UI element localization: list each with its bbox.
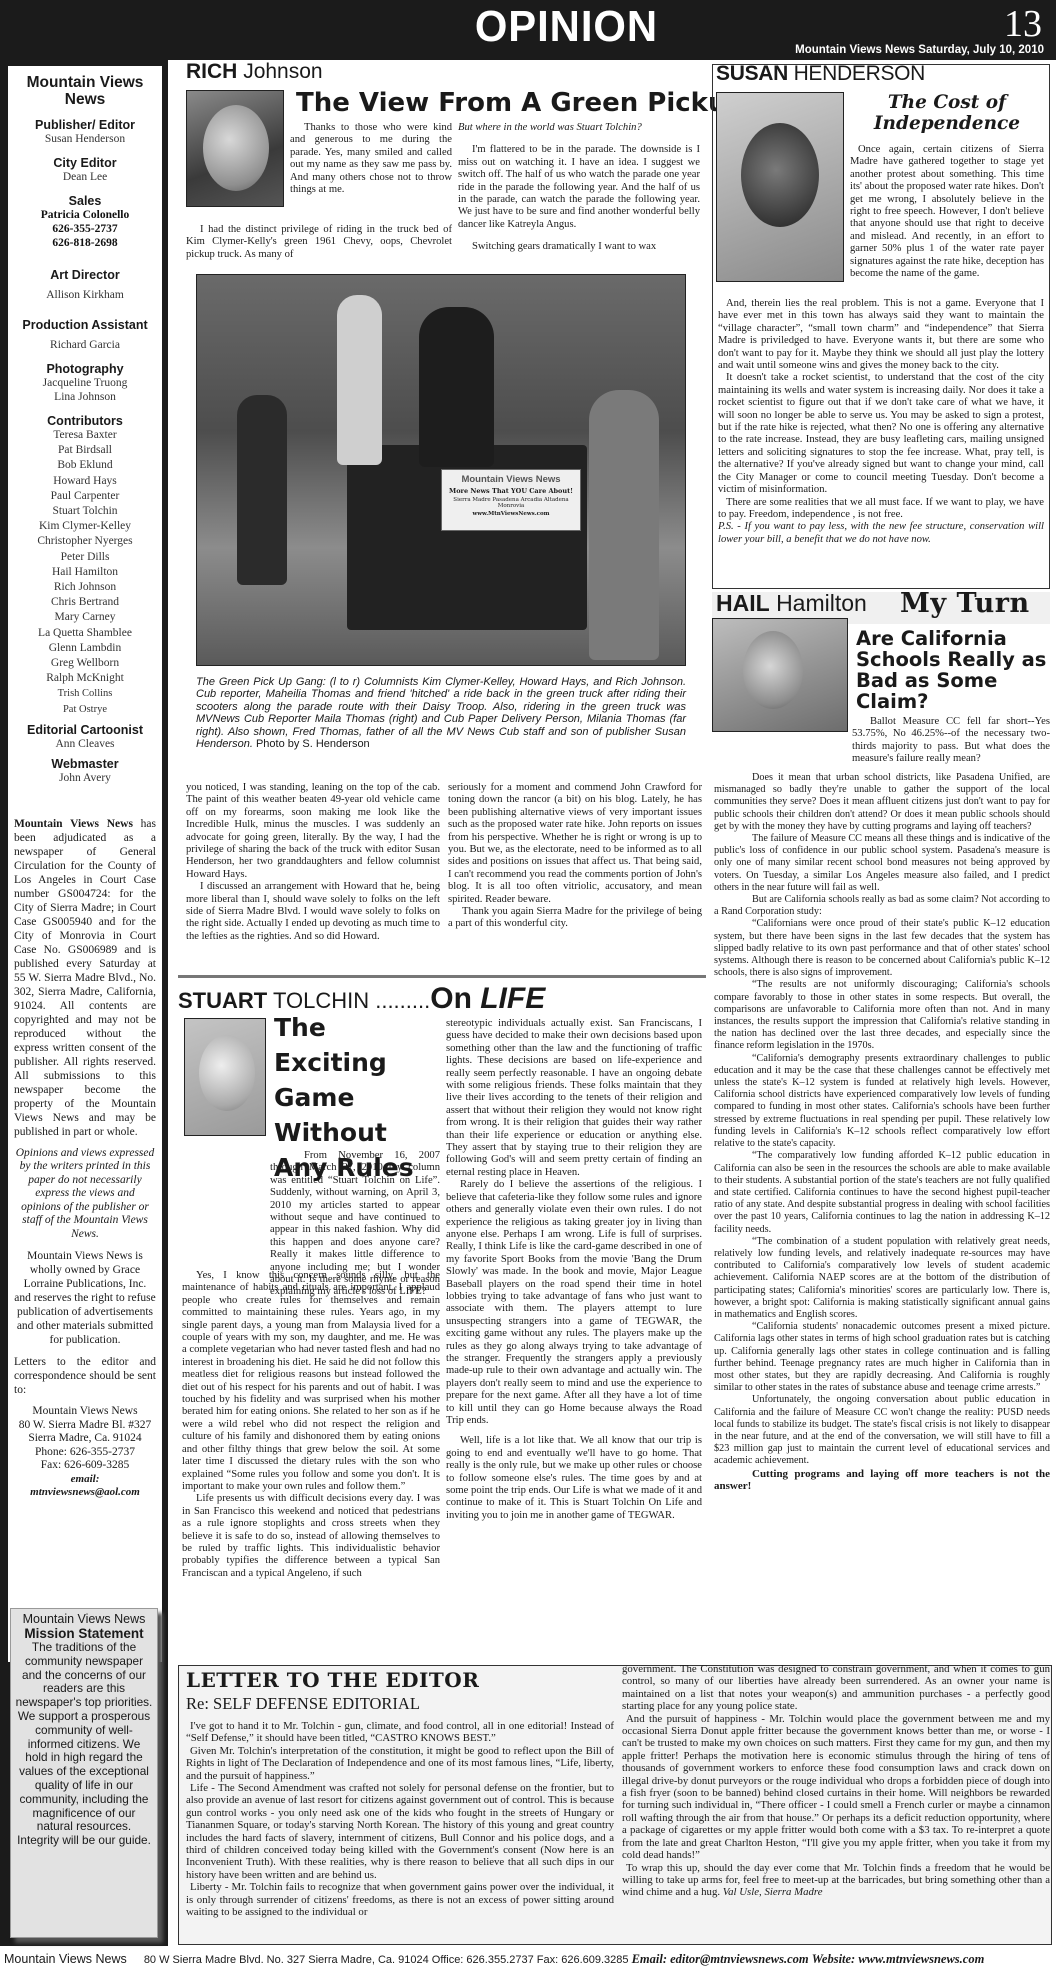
contributor: Bob Eklund — [14, 458, 156, 473]
headline-green-pickup: The View From A Green Pickup — [296, 88, 745, 118]
paragraph: “The results are not uniformly discourag… — [714, 979, 1050, 1052]
paragraph: Liberty - Mr. Tolchin fails to recognize… — [186, 1881, 614, 1918]
paragraph: “California students' nonacademic outcom… — [714, 1321, 1050, 1394]
person-silhouette — [419, 307, 494, 467]
contributor: Trish Collins — [14, 686, 156, 701]
contributor: Christopher Nyerges — [14, 534, 156, 549]
byline-hail-hamilton: HAIL Hamilton — [716, 590, 867, 617]
staff-name: Ann Cleaves — [14, 737, 156, 751]
staff-role: Publisher/ Editor — [14, 118, 156, 132]
staff-name: Allison Kirkham — [14, 288, 156, 302]
person-silhouette — [589, 390, 659, 660]
email-label: email: — [14, 1473, 156, 1487]
postscript: P.S. - If you want to pay less, with the… — [718, 521, 1044, 546]
paragraph: Thank you again Sierra Madre for the pri… — [448, 906, 702, 931]
letter-signature: Val Usle, Sierra Madre — [723, 1886, 823, 1898]
contributor: Rich Johnson — [14, 580, 156, 595]
face-icon — [203, 105, 269, 191]
byline-last: Johnson — [243, 60, 322, 83]
staff-name: Susan Henderson — [14, 132, 156, 146]
staff-name: John Avery — [14, 771, 156, 785]
paragraph: But are California schools really as bad… — [714, 894, 1050, 918]
article-text: stereotypic individuals actually exist. … — [446, 1018, 702, 1522]
contributor: Ralph McKnight — [14, 671, 156, 686]
staff-role: Production Assistant — [14, 318, 156, 332]
hail-hamilton-headshot — [712, 618, 848, 732]
contact-address: 80 W. Sierra Madre Bl. #327 — [14, 1419, 156, 1433]
contributor: Kim Clymer-Kelley — [14, 519, 156, 534]
mission-paper-name: Mountain Views News — [15, 1612, 153, 1626]
byline-first: RICH — [186, 60, 237, 83]
staff-name: Dean Lee — [14, 170, 156, 184]
paragraph: I'm flattered to be in the parade. The d… — [458, 144, 700, 231]
contact-email[interactable]: mtnviewsnews@aol.com — [14, 1486, 156, 1500]
contact-city: Sierra Madre, Ca. 91024 — [14, 1432, 156, 1446]
person-silhouette — [237, 395, 287, 585]
legal-lead: Mountain Views News — [14, 818, 133, 830]
paragraph: Switching gears dramatically I want to w… — [458, 241, 700, 253]
page-number: 13 — [1004, 2, 1042, 46]
section-divider — [178, 975, 706, 978]
paragraph: Unfortunately, the ongoing conversation … — [714, 1394, 1050, 1467]
italic-aside: But where in the world was Stuart Tolchi… — [458, 122, 700, 134]
contributor: Howard Hays — [14, 474, 156, 489]
article-text: But where in the world was Stuart Tolchi… — [458, 122, 700, 254]
byline-last: HENDERSON — [794, 62, 925, 85]
staff-name: Richard Garcia — [14, 338, 156, 352]
paragraph: Does it mean that urban school districts… — [714, 772, 1050, 833]
staff-role: Art Director — [14, 268, 156, 282]
staff-name: Jacqueline Truong — [14, 376, 156, 390]
paragraph: “The combination of a student population… — [714, 1236, 1050, 1321]
contributor: Pat Ostrye — [14, 702, 156, 717]
contributor: Mary Carney — [14, 610, 156, 625]
byline-first: STUART — [178, 988, 267, 1013]
person-silhouette — [337, 295, 382, 465]
stuart-tolchin-headshot — [184, 1018, 266, 1136]
headline-california-schools: Are California Schools Really as Bad as … — [856, 628, 1052, 712]
staff-role: Photography — [14, 362, 156, 376]
paragraph: And the pursuit of happiness - Mr. Tolch… — [622, 1713, 1050, 1862]
paragraph: Once again, certain citizens of Sierra M… — [850, 144, 1044, 280]
paragraph: The failure of Measure CC means all thes… — [714, 833, 1050, 894]
contributor: Glenn Lambdin — [14, 641, 156, 656]
staff-box: Mountain Views News Publisher/ Editor Su… — [8, 66, 162, 1662]
contributor: Greg Wellborn — [14, 656, 156, 671]
staff-role: Sales — [14, 194, 156, 208]
staff-role: City Editor — [14, 156, 156, 170]
paragraph: you noticed, I was standing, leaning on … — [186, 782, 440, 881]
paragraph: To wrap this up, should the day ever com… — [622, 1862, 1050, 1899]
byline-susan-henderson: SUSAN HENDERSON — [716, 62, 925, 86]
footer-brand: Mountain Views News — [4, 1952, 127, 1966]
staff-role: Contributors — [14, 414, 156, 428]
byline-last: Hamilton — [776, 590, 867, 616]
letter-text: I've got to hand it to Mr. Tolchin - gun… — [186, 1720, 614, 1919]
article-text: Yes, I know this concern sounds silly, b… — [182, 1270, 440, 1580]
sales-phone: 626-818-2698 — [14, 236, 156, 250]
staff-role: Editorial Cartoonist — [14, 723, 156, 737]
contributor: Teresa Baxter — [14, 428, 156, 443]
contributor: Stuart Tolchin — [14, 504, 156, 519]
paragraph: And, therein lies the real problem. This… — [718, 298, 1044, 372]
mission-title: Mission Statement — [15, 1626, 153, 1641]
byline-first: HAIL — [716, 590, 770, 616]
article-text: you noticed, I was standing, leaning on … — [186, 782, 440, 943]
paragraph: Rarely do I believe the assertions of th… — [446, 1179, 702, 1427]
paragraph: Ballot Measure CC fell far short--Yes 53… — [852, 716, 1050, 766]
face-icon — [199, 1035, 255, 1111]
contributors-list: Teresa Baxter Pat Birdsall Bob Eklund Ho… — [14, 428, 156, 717]
paragraph: “Californians were once proud of their s… — [714, 918, 1050, 979]
disclaimer: Opinions and views expressed by the writ… — [14, 1147, 156, 1242]
article-text: seriously for a moment and commend John … — [448, 782, 702, 931]
paragraph: Well, life is a lot like that. We all kn… — [446, 1435, 702, 1522]
ownership-notice: Mountain Views News is wholly owned by G… — [14, 1249, 156, 1347]
article-text: Thanks to those who were kind and genero… — [290, 122, 452, 196]
photo-credit: Photo by S. Henderson — [256, 738, 370, 750]
face-icon — [743, 631, 803, 709]
paragraph: Yes, I know this concern sounds silly, b… — [182, 1270, 440, 1493]
legal-text: has been adjudicated as a newspaper of G… — [14, 818, 156, 1138]
contributor: La Quetta Shamblee — [14, 626, 156, 641]
letter-text: government. The Constitution was designe… — [622, 1663, 1050, 1899]
footer-website[interactable]: Website: www.mtnviewsnews.com — [812, 1952, 985, 1966]
paragraph: “The comparatively low funding afforded … — [714, 1150, 1050, 1235]
byline-rich-johnson: RICH Johnson — [186, 60, 323, 84]
contributor: Pat Birdsall — [14, 443, 156, 458]
column-name-my-turn: My Turn — [900, 588, 1030, 619]
sales-phone: 626-355-2737 — [14, 222, 156, 236]
letters-intro: Letters to the editor and correspondence… — [14, 1355, 156, 1397]
paragraph: “California's demography presents extrao… — [714, 1053, 1050, 1151]
paragraph: I've got to hand it to Mr. Tolchin - gun… — [186, 1720, 614, 1745]
face-icon — [741, 123, 819, 227]
paragraph: Life - The Second Amendment was crafted … — [186, 1782, 614, 1881]
paragraph: stereotypic individuals actually exist. … — [446, 1018, 702, 1179]
mission-statement: Mountain Views News Mission Statement Th… — [10, 1608, 158, 1938]
letter-subtitle: Re: SELF DEFENSE EDITORIAL — [186, 1694, 420, 1714]
byline-first: SUSAN — [716, 62, 788, 85]
headline-cost-of-independence: The Cost of Independence — [852, 92, 1042, 134]
paragraph: I had the distinct privilege of riding i… — [186, 224, 452, 261]
parade-photo: Mountain Views News More News That YOU C… — [196, 274, 686, 666]
paragraph: Life presents us with difficult decision… — [182, 1493, 440, 1580]
paragraph: It doesn't take a rocket scientist, to u… — [718, 372, 1044, 496]
article-text: And, therein lies the real problem. This… — [718, 298, 1044, 546]
contributor: Paul Carpenter — [14, 489, 156, 504]
section-title: OPINION — [475, 2, 658, 52]
page-footer: Mountain Views News 80 W Sierra Madre Bl… — [0, 1946, 1056, 1986]
paragraph: I discussed an arrangement with Howard t… — [186, 881, 440, 943]
contributor: Chris Bertrand — [14, 595, 156, 610]
closing-statement: Cutting programs and laying off more tea… — [714, 1468, 1050, 1492]
legal-notice: Mountain Views News has been adjudicated… — [14, 817, 156, 1139]
contact-phone: Phone: 626-355-2737 — [14, 1446, 156, 1460]
paragraph: seriously for a moment and commend John … — [448, 782, 702, 906]
contact-block: Mountain Views News 80 W. Sierra Madre B… — [14, 1405, 156, 1500]
susan-henderson-headshot — [716, 92, 844, 282]
column-name-life: LIFE — [480, 982, 545, 1015]
article-text: I had the distinct privilege of riding i… — [186, 224, 452, 261]
rich-johnson-headshot — [186, 90, 284, 207]
photo-caption: The Green Pick Up Gang: (l to r) Columni… — [196, 676, 686, 750]
staff-name: Lina Johnson — [14, 390, 156, 404]
footer-email[interactable]: Email: editor@mtnviewsnews.com — [632, 1952, 809, 1966]
staff-role: Webmaster — [14, 757, 156, 771]
footer-address: 80 W Sierra Madre Blvd. No. 327 Sierra M… — [144, 1954, 629, 1966]
article-text: Once again, certain citizens of Sierra M… — [850, 144, 1044, 280]
contributor: Hail Hamilton — [14, 565, 156, 580]
contact-fax: Fax: 626-609-3285 — [14, 1459, 156, 1473]
letter-title: LETTER TO THE EDITOR — [186, 1668, 479, 1692]
article-text: Does it mean that urban school districts… — [714, 772, 1050, 1492]
masthead: OPINION 13 Mountain Views News Saturday,… — [0, 0, 1056, 60]
paragraph: government. The Constitution was designe… — [622, 1663, 1050, 1713]
mission-text: The traditions of the community newspape… — [15, 1641, 153, 1848]
dateline: Mountain Views News Saturday, July 10, 2… — [795, 44, 1044, 56]
article-text: Ballot Measure CC fell far short--Yes 53… — [852, 716, 1050, 766]
paragraph: Thanks to those who were kind and genero… — [290, 122, 452, 196]
paper-name: Mountain Views News — [14, 74, 156, 108]
paragraph: Given Mr. Tolchin's interpretation of th… — [186, 1745, 614, 1782]
contributor: Peter Dills — [14, 550, 156, 565]
contact-name: Mountain Views News — [14, 1405, 156, 1419]
truck-sign: Mountain Views News More News That YOU C… — [441, 469, 581, 531]
paragraph: There are some realities that we all mus… — [718, 497, 1044, 522]
staff-name: Patricia Colonello — [14, 208, 156, 222]
